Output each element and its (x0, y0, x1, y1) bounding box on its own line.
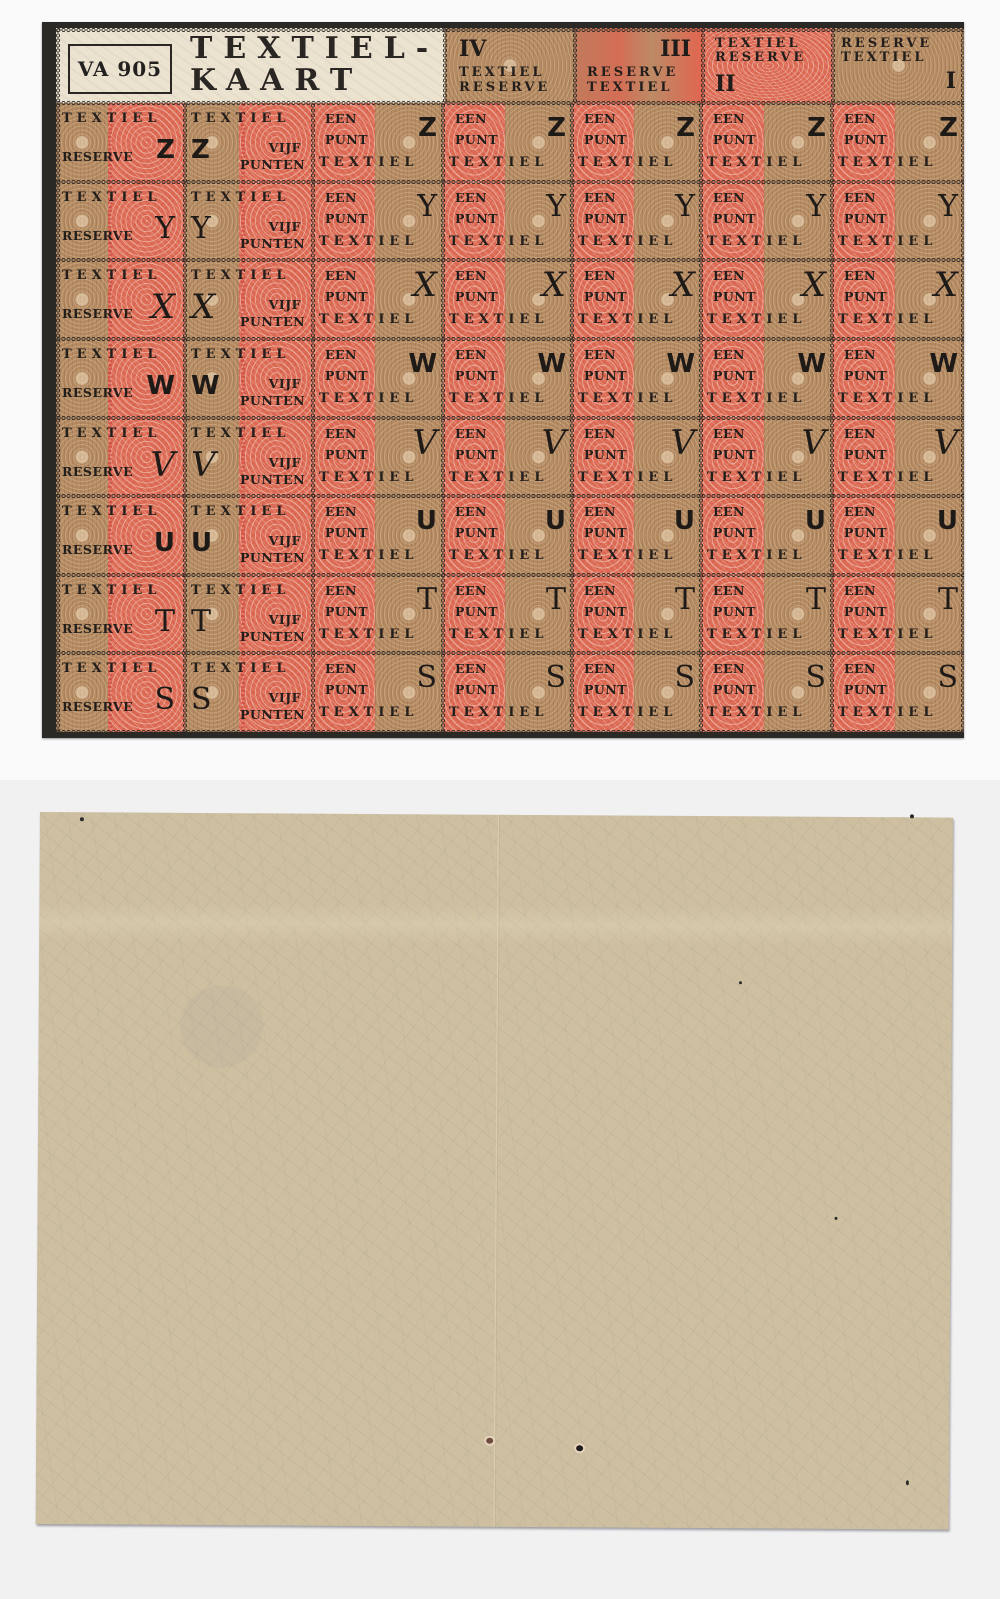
coupon-een-punt-u-5: EENPUNTTEXTIELU (832, 496, 964, 575)
perforation-line (183, 103, 187, 732)
coupon-letter: Y (191, 214, 211, 244)
coupon-label-punt: PUNT (844, 604, 887, 619)
coupon-label-textiel: TEXTIEL (838, 234, 937, 249)
coupon-label-een: EEN (713, 268, 745, 283)
coupon-label-textiel: TEXTIEL (319, 312, 418, 327)
coupon-label-textiel: TEXTIEL (319, 627, 418, 642)
coupon-een-punt-s-1: EENPUNTTEXTIELS (313, 653, 443, 732)
coupon-label-punt: PUNT (713, 682, 756, 697)
coupon-letter: Z (547, 113, 566, 143)
coupon-een-punt-v-4: EENPUNTTEXTIELV (701, 418, 832, 497)
coupon-label-reserve: RESERVE (62, 149, 133, 164)
coupon-reserve-s: TEXTIELRESERVES (56, 653, 185, 732)
coupon-label-punt: PUNT (325, 368, 368, 383)
coupon-label-een: EEN (584, 583, 616, 598)
coupon-vijf-punten-t: TEXTIELTVIJFPUNTEN (185, 575, 313, 654)
ink-speck (739, 981, 742, 984)
coupon-een-punt-s-2: EENPUNTTEXTIELS (443, 653, 572, 732)
coupon-label-punten: PUNTEN (240, 236, 305, 251)
header-coupon-label: RESERVE (459, 80, 550, 95)
coupon-een-punt-y-1: EENPUNTTEXTIELY (313, 182, 443, 261)
coupon-label-een: EEN (713, 583, 745, 598)
perforation-line (311, 103, 315, 732)
ink-speck (906, 1480, 909, 1485)
coupon-label-textiel: TEXTIEL (707, 391, 806, 406)
coupon-label-textiel: TEXTIEL (191, 190, 290, 205)
coupon-label-punt: PUNT (844, 447, 887, 462)
coupon-label-punten: PUNTEN (240, 707, 305, 722)
coupon-letter: U (674, 506, 695, 536)
header-coupon-iii: IIIRESERVETEXTIEL (575, 28, 703, 103)
coupon-reserve-w: TEXTIELRESERVEW (56, 339, 185, 418)
coupon-label-een: EEN (844, 190, 876, 205)
coupon-label-textiel: TEXTIEL (62, 661, 161, 676)
coupon-een-punt-z-1: EENPUNTTEXTIELZ (313, 103, 443, 182)
coupon-label-vijf: VIJF (269, 297, 301, 312)
coupon-label-een: EEN (584, 190, 616, 205)
coupon-label-punt: PUNT (713, 368, 756, 383)
header-coupon-label: RESERVE (587, 65, 678, 80)
coupon-label-textiel: TEXTIEL (449, 155, 548, 170)
paper-crease (39, 902, 952, 948)
header-coupon-ii: IITEXTIELRESERVE (703, 28, 833, 103)
coupon-letter: V (801, 428, 826, 458)
coupon-reserve-x: TEXTIELRESERVEX (56, 260, 185, 339)
coupon-label-een: EEN (455, 426, 487, 441)
coupon-letter: Y (806, 192, 826, 222)
coupon-label-een: EEN (325, 268, 357, 283)
coupon-label-een: EEN (844, 347, 876, 362)
coupon-label-punt: PUNT (584, 682, 627, 697)
coupon-label-textiel: TEXTIEL (578, 312, 677, 327)
perforation-line (56, 416, 964, 420)
coupon-label-een: EEN (455, 111, 487, 126)
coupon-label-vijf: VIJF (269, 612, 301, 627)
coupon-label-een: EEN (844, 268, 876, 283)
coupon-letter: S (191, 685, 212, 715)
ration-card-front-face: VA 905 TEXTIEL- KAART IVTEXTIELRESERVEII… (56, 28, 964, 732)
coupon-label-punt: PUNT (584, 525, 627, 540)
perforation-line (56, 651, 964, 655)
ration-card-back (36, 812, 953, 1530)
coupon-label-reserve: RESERVE (62, 464, 133, 479)
coupon-letter: V (191, 450, 216, 480)
coupon-label-een: EEN (325, 347, 357, 362)
punch-hole (486, 1438, 493, 1444)
coupon-label-punt: PUNT (584, 447, 627, 462)
coupon-een-punt-x-4: EENPUNTTEXTIELX (701, 260, 832, 339)
coupon-letter: W (146, 371, 175, 401)
perforation-line (56, 28, 964, 32)
coupon-een-punt-s-4: EENPUNTTEXTIELS (701, 653, 832, 732)
coupon-reserve-y: TEXTIELRESERVEY (56, 182, 185, 261)
coupon-vijf-punten-v: TEXTIELVVIJFPUNTEN (185, 418, 313, 497)
coupon-een-punt-z-3: EENPUNTTEXTIELZ (572, 103, 701, 182)
coupon-label-een: EEN (713, 111, 745, 126)
coupon-letter: Z (418, 113, 437, 143)
coupon-label-een: EEN (455, 268, 487, 283)
coupon-letter: T (417, 585, 437, 615)
coupon-label-textiel: TEXTIEL (707, 234, 806, 249)
perforation-line (573, 28, 577, 103)
coupon-label-textiel: TEXTIEL (449, 470, 548, 485)
coupon-een-punt-x-1: EENPUNTTEXTIELX (313, 260, 443, 339)
card-title-line-2: KAART (190, 66, 363, 96)
coupon-label-een: EEN (844, 426, 876, 441)
ink-speck (835, 1217, 838, 1220)
coupon-een-punt-u-2: EENPUNTTEXTIELU (443, 496, 572, 575)
coupon-label-textiel: TEXTIEL (319, 391, 418, 406)
coupon-label-punt: PUNT (455, 289, 498, 304)
header-coupon-numeral: II (715, 71, 736, 97)
coupon-label-textiel: TEXTIEL (838, 548, 937, 563)
coupon-een-punt-z-2: EENPUNTTEXTIELZ (443, 103, 572, 182)
coupon-letter: U (154, 528, 175, 558)
perforation-line (56, 337, 964, 341)
coupon-letter: S (416, 663, 437, 693)
perforation-line (56, 573, 964, 577)
header-coupon-label: TEXTIEL (841, 50, 926, 65)
coupon-label-textiel: TEXTIEL (319, 705, 418, 720)
coupon-letter: W (408, 349, 437, 379)
coupon-label-punt: PUNT (713, 132, 756, 147)
coupon-label-textiel: TEXTIEL (191, 661, 290, 676)
coupon-een-punt-u-3: EENPUNTTEXTIELU (572, 496, 701, 575)
coupon-label-punt: PUNT (455, 447, 498, 462)
coupon-label-een: EEN (713, 504, 745, 519)
coupon-label-textiel: TEXTIEL (191, 504, 290, 519)
header-coupon-numeral: I (946, 68, 956, 94)
coupon-label-reserve: RESERVE (62, 699, 133, 714)
coupon-label-vijf: VIJF (269, 219, 301, 234)
coupon-label-een: EEN (584, 504, 616, 519)
coupon-letter: V (150, 450, 175, 480)
coupon-label-textiel: TEXTIEL (449, 548, 548, 563)
header-coupon-label: RESERVE (715, 50, 806, 65)
coupon-label-vijf: VIJF (269, 690, 301, 705)
coupon-vijf-punten-s: TEXTIELSVIJFPUNTEN (185, 653, 313, 732)
coupon-label-textiel: TEXTIEL (707, 312, 806, 327)
coupon-label-een: EEN (325, 661, 357, 676)
coupon-label-textiel: TEXTIEL (707, 705, 806, 720)
coupon-letter: S (545, 663, 566, 693)
coupon-label-textiel: TEXTIEL (191, 583, 290, 598)
coupon-label-textiel: TEXTIEL (62, 190, 161, 205)
perforation-line (443, 28, 447, 103)
coupon-label-punt: PUNT (584, 604, 627, 619)
coupon-letter: X (934, 270, 958, 300)
coupon-label-een: EEN (713, 426, 745, 441)
punch-hole (576, 1445, 583, 1451)
coupon-letter: S (154, 685, 175, 715)
coupon-label-punt: PUNT (325, 447, 368, 462)
coupon-label-textiel: TEXTIEL (578, 627, 677, 642)
coupon-een-punt-w-3: EENPUNTTEXTIELW (572, 339, 701, 418)
coupon-letter: S (937, 663, 958, 693)
coupon-reserve-t: TEXTIELRESERVET (56, 575, 185, 654)
coupon-label-textiel: TEXTIEL (449, 391, 548, 406)
coupon-label-een: EEN (455, 190, 487, 205)
coupon-label-textiel: TEXTIEL (191, 268, 290, 283)
coupon-letter: V (670, 428, 695, 458)
coupon-label-punt: PUNT (325, 604, 368, 619)
coupon-label-punt: PUNT (713, 447, 756, 462)
coupon-label-textiel: TEXTIEL (449, 234, 548, 249)
coupon-letter: Z (156, 135, 175, 165)
coupon-letter: V (412, 428, 437, 458)
coupon-label-een: EEN (584, 661, 616, 676)
coupon-label-textiel: TEXTIEL (62, 504, 161, 519)
coupon-een-punt-v-2: EENPUNTTEXTIELV (443, 418, 572, 497)
coupon-label-punt: PUNT (325, 211, 368, 226)
coupon-label-vijf: VIJF (269, 140, 301, 155)
coupon-label-textiel: TEXTIEL (707, 470, 806, 485)
coupon-label-punt: PUNT (844, 132, 887, 147)
coupon-label-vijf: VIJF (269, 455, 301, 470)
coupon-letter: Y (675, 192, 695, 222)
header-coupon-label: TEXTIEL (715, 36, 800, 51)
coupon-label-een: EEN (713, 347, 745, 362)
coupon-letter: W (797, 349, 826, 379)
coupon-reserve-u: TEXTIELRESERVEU (56, 496, 185, 575)
header-coupon-label: TEXTIEL (587, 80, 672, 95)
coupon-label-textiel: TEXTIEL (62, 268, 161, 283)
coupon-vijf-punten-x: TEXTIELXVIJFPUNTEN (185, 260, 313, 339)
coupon-letter: S (674, 663, 695, 693)
perforation-line (830, 103, 834, 732)
coupon-vijf-punten-u: TEXTIELUVIJFPUNTEN (185, 496, 313, 575)
coupon-letter: U (416, 506, 437, 536)
coupon-een-punt-t-4: EENPUNTTEXTIELT (701, 575, 832, 654)
coupon-letter: Y (417, 192, 437, 222)
coupon-label-reserve: RESERVE (62, 621, 133, 636)
coupon-label-textiel: TEXTIEL (319, 234, 418, 249)
coupon-letter: W (191, 371, 220, 401)
coupon-een-punt-u-4: EENPUNTTEXTIELU (701, 496, 832, 575)
coupon-label-punt: PUNT (844, 682, 887, 697)
coupon-label-textiel: TEXTIEL (191, 426, 290, 441)
coupon-een-punt-x-5: EENPUNTTEXTIELX (832, 260, 964, 339)
coupon-label-textiel: TEXTIEL (62, 426, 161, 441)
coupon-label-een: EEN (325, 111, 357, 126)
coupon-label-een: EEN (325, 426, 357, 441)
coupon-letter: Z (676, 113, 695, 143)
coupon-een-punt-t-3: EENPUNTTEXTIELT (572, 575, 701, 654)
coupon-label-punt: PUNT (713, 604, 756, 619)
coupon-letter: Y (155, 214, 175, 244)
coupon-reserve-z: TEXTIELRESERVEZ (56, 103, 185, 182)
coupon-letter: Z (939, 113, 958, 143)
coupon-label-textiel: TEXTIEL (578, 391, 677, 406)
coupon-label-een: EEN (713, 190, 745, 205)
coupon-label-textiel: TEXTIEL (838, 705, 937, 720)
header-coupon-iv: IVTEXTIELRESERVE (445, 28, 575, 103)
coupon-label-punt: PUNT (713, 289, 756, 304)
coupon-label-textiel: TEXTIEL (707, 155, 806, 170)
coupon-label-punt: PUNT (584, 132, 627, 147)
coupon-label-textiel: TEXTIEL (578, 470, 677, 485)
coupon-label-textiel: TEXTIEL (838, 155, 937, 170)
coupon-label-een: EEN (584, 426, 616, 441)
coupon-letter: S (805, 663, 826, 693)
coupon-een-punt-w-2: EENPUNTTEXTIELW (443, 339, 572, 418)
coupon-letter: T (546, 585, 566, 615)
coupon-label-een: EEN (844, 504, 876, 519)
coupon-label-een: EEN (325, 583, 357, 598)
coupon-een-punt-y-5: EENPUNTTEXTIELY (832, 182, 964, 261)
coupon-letter: W (929, 349, 958, 379)
coupon-label-punt: PUNT (455, 368, 498, 383)
coupon-label-punten: PUNTEN (240, 629, 305, 644)
coupon-een-punt-s-3: EENPUNTTEXTIELS (572, 653, 701, 732)
coupon-label-reserve: RESERVE (62, 228, 133, 243)
coupon-letter: Z (191, 135, 210, 165)
card-code: VA 905 (78, 57, 162, 81)
coupon-een-punt-t-2: EENPUNTTEXTIELT (443, 575, 572, 654)
coupon-label-punt: PUNT (325, 132, 368, 147)
coupon-label-textiel: TEXTIEL (449, 627, 548, 642)
coupon-label-punt: PUNT (455, 682, 498, 697)
header-coupon-numeral: IV (459, 36, 486, 62)
coupon-label-punt: PUNT (455, 525, 498, 540)
coupon-label-textiel: TEXTIEL (191, 111, 290, 126)
coupon-letter: T (191, 607, 211, 637)
coupon-vijf-punten-w: TEXTIELWVIJFPUNTEN (185, 339, 313, 418)
coupon-label-reserve: RESERVE (62, 542, 133, 557)
coupon-label-een: EEN (455, 583, 487, 598)
perforation-line (56, 730, 964, 732)
coupon-label-textiel: TEXTIEL (62, 347, 161, 362)
coupon-label-punt: PUNT (455, 604, 498, 619)
coupon-een-punt-s-5: EENPUNTTEXTIELS (832, 653, 964, 732)
coupon-letter: T (675, 585, 695, 615)
coupon-label-vijf: VIJF (269, 533, 301, 548)
coupon-letter: V (541, 428, 566, 458)
coupon-een-punt-u-1: EENPUNTTEXTIELU (313, 496, 443, 575)
coupon-letter: X (191, 292, 215, 322)
coupon-label-textiel: TEXTIEL (449, 705, 548, 720)
ration-card-front: VA 905 TEXTIEL- KAART IVTEXTIELRESERVEII… (42, 22, 964, 738)
coupon-label-punt: PUNT (325, 682, 368, 697)
coupon-letter: U (937, 506, 958, 536)
coupon-letter: W (666, 349, 695, 379)
coupon-letter: X (542, 270, 566, 300)
coupon-label-punten: PUNTEN (240, 550, 305, 565)
coupon-label-een: EEN (325, 504, 357, 519)
coupon-label-textiel: TEXTIEL (578, 705, 677, 720)
coupon-letter: Y (546, 192, 566, 222)
title-block: VA 905 TEXTIEL- KAART (56, 28, 445, 103)
coupon-een-punt-y-2: EENPUNTTEXTIELY (443, 182, 572, 261)
perforation-line (441, 103, 445, 732)
coupon-label-textiel: TEXTIEL (838, 391, 937, 406)
perforation-line (56, 180, 964, 184)
coupon-label-punt: PUNT (584, 289, 627, 304)
perforation-line (701, 28, 705, 103)
coupon-label-punt: PUNT (455, 211, 498, 226)
perforation-line (56, 101, 964, 105)
coupon-label-textiel: TEXTIEL (62, 583, 161, 598)
coupon-label-punt: PUNT (584, 211, 627, 226)
coupon-letter: X (151, 292, 175, 322)
coupon-label-punt: PUNT (584, 368, 627, 383)
coupon-label-textiel: TEXTIEL (319, 155, 418, 170)
card-header: VA 905 TEXTIEL- KAART IVTEXTIELRESERVEII… (56, 28, 964, 103)
coupon-letter: W (537, 349, 566, 379)
header-coupon-numeral: III (660, 36, 691, 62)
perforation-line (56, 494, 964, 498)
coupon-label-textiel: TEXTIEL (319, 548, 418, 563)
coupon-label-punt: PUNT (844, 525, 887, 540)
coupon-label-een: EEN (584, 111, 616, 126)
coupon-een-punt-t-5: EENPUNTTEXTIELT (832, 575, 964, 654)
coupon-label-textiel: TEXTIEL (838, 627, 937, 642)
perforation-line (56, 28, 60, 732)
coupon-letter: Y (938, 192, 958, 222)
coupon-label-punten: PUNTEN (240, 157, 305, 172)
coupon-label-een: EEN (584, 268, 616, 283)
coupon-een-punt-x-2: EENPUNTTEXTIELX (443, 260, 572, 339)
coupon-label-punt: PUNT (844, 289, 887, 304)
coupon-een-punt-v-1: EENPUNTTEXTIELV (313, 418, 443, 497)
coupon-label-punten: PUNTEN (240, 472, 305, 487)
coupon-letter: T (806, 585, 826, 615)
coupon-label-een: EEN (325, 190, 357, 205)
coupon-label-punt: PUNT (455, 132, 498, 147)
header-coupon-label: RESERVE (841, 36, 932, 51)
coupon-label-textiel: TEXTIEL (578, 234, 677, 249)
coupon-label-textiel: TEXTIEL (578, 548, 677, 563)
coupon-een-punt-v-3: EENPUNTTEXTIELV (572, 418, 701, 497)
coupon-een-punt-t-1: EENPUNTTEXTIELT (313, 575, 443, 654)
coupon-letter: U (545, 506, 566, 536)
coupon-label-punten: PUNTEN (240, 393, 305, 408)
coupon-label-een: EEN (455, 504, 487, 519)
ink-speck (910, 814, 914, 818)
coupon-label-textiel: TEXTIEL (578, 155, 677, 170)
coupon-label-punt: PUNT (844, 211, 887, 226)
coupon-label-een: EEN (844, 583, 876, 598)
coupon-een-punt-y-3: EENPUNTTEXTIELY (572, 182, 701, 261)
perforation-line (831, 28, 835, 103)
coupon-label-reserve: RESERVE (62, 385, 133, 400)
coupon-label-textiel: TEXTIEL (449, 312, 548, 327)
coupon-vijf-punten-z: TEXTIELZVIJFPUNTEN (185, 103, 313, 182)
coupon-letter: U (805, 506, 826, 536)
coupon-label-textiel: TEXTIEL (319, 470, 418, 485)
coupon-label-textiel: TEXTIEL (707, 627, 806, 642)
coupon-letter: V (933, 428, 958, 458)
coupon-label-textiel: TEXTIEL (707, 548, 806, 563)
coupon-label-punt: PUNT (325, 525, 368, 540)
coupon-een-punt-w-1: EENPUNTTEXTIELW (313, 339, 443, 418)
coupon-een-punt-z-4: EENPUNTTEXTIELZ (701, 103, 832, 182)
coupon-label-punt: PUNT (325, 289, 368, 304)
coupon-label-een: EEN (844, 111, 876, 126)
coupon-een-punt-z-5: EENPUNTTEXTIELZ (832, 103, 964, 182)
coupon-een-punt-x-3: EENPUNTTEXTIELX (572, 260, 701, 339)
coupon-een-punt-w-5: EENPUNTTEXTIELW (832, 339, 964, 418)
coupon-letter: X (671, 270, 695, 300)
coupon-label-een: EEN (844, 661, 876, 676)
coupon-label-textiel: TEXTIEL (838, 470, 937, 485)
coupon-letter: T (155, 607, 175, 637)
ink-speck (80, 817, 84, 821)
coupon-label-een: EEN (455, 347, 487, 362)
perforation-line (699, 103, 703, 732)
coupon-letter: X (802, 270, 826, 300)
coupon-label-reserve: RESERVE (62, 306, 133, 321)
